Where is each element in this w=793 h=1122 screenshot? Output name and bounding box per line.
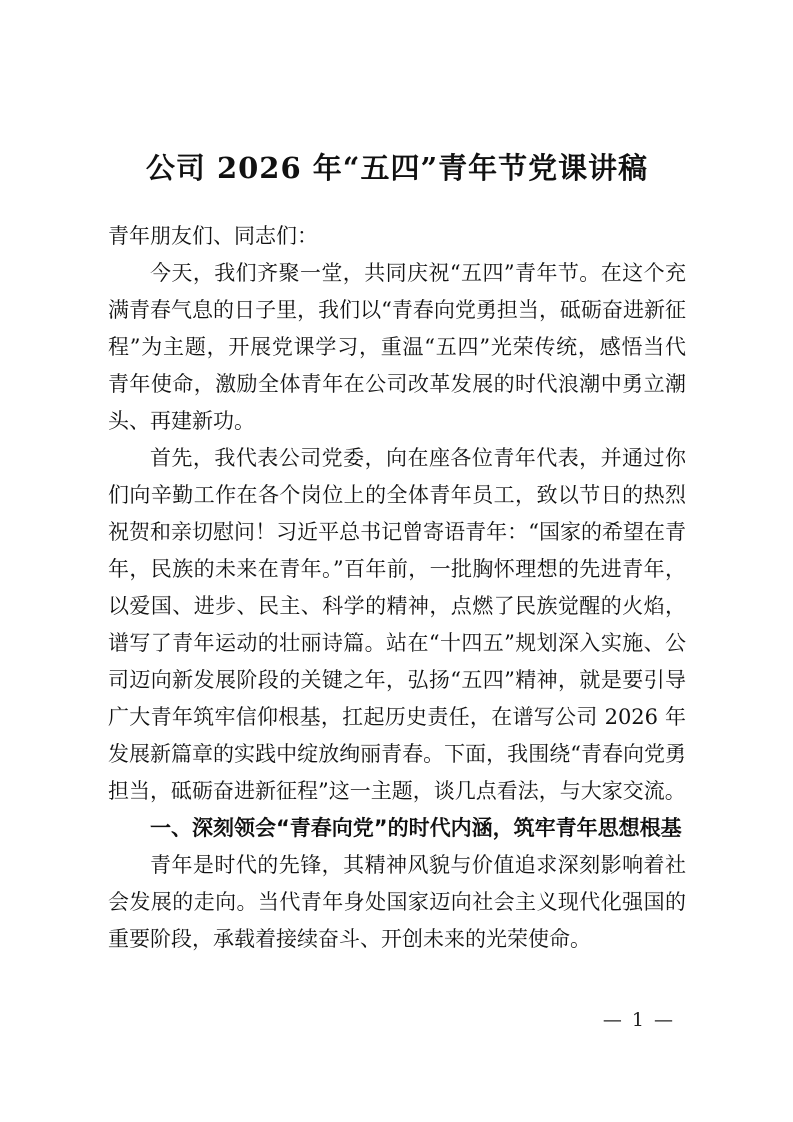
paragraph-intro: 今天，我们齐聚一堂，共同庆祝“五四”青年节。在这个充满青春气息的日子里，我们以“…	[108, 255, 686, 440]
paragraph-youth-vanguard: 青年是时代的先锋，其精神风貌与价值追求深刻影响着社会发展的走向。当代青年身处国家…	[108, 847, 686, 958]
paragraph-greeting-history: 首先，我代表公司党委，向在座各位青年代表，并通过你们向辛勤工作在各个岗位上的全体…	[108, 440, 686, 810]
document-page: 公司 2026 年“五四”青年节党课讲稿 青年朋友们、同志们： 今天，我们齐聚一…	[0, 0, 793, 1122]
document-content: 公司 2026 年“五四”青年节党课讲稿 青年朋友们、同志们： 今天，我们齐聚一…	[108, 148, 686, 958]
section-heading-one: 一、深刻领会“青春向党”的时代内涵，筑牢青年思想根基	[108, 810, 686, 847]
salutation-line: 青年朋友们、同志们：	[108, 218, 686, 255]
document-title: 公司 2026 年“五四”青年节党课讲稿	[108, 148, 686, 188]
page-number: — 1 —	[603, 1008, 675, 1032]
